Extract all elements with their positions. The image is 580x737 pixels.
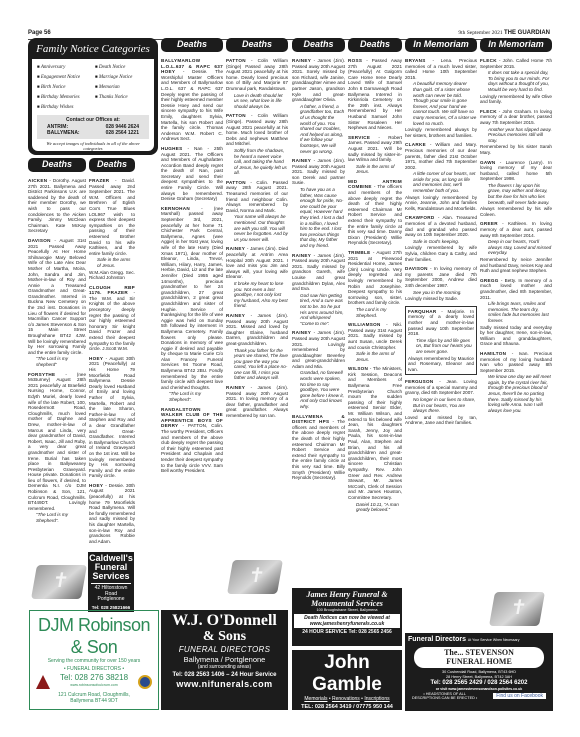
notice-name: HOEY (89, 356, 103, 361)
facebook-icon: Find us on Facebook (493, 693, 546, 700)
notice-verse: The Lord is my Shepherd. (348, 307, 402, 318)
notice-signoff: Lovingly missed by Sadie. (405, 296, 477, 302)
category-item: Anniversary (37, 63, 91, 72)
notice-entry: CRAWFORD - Alan. Treasured memories of a… (405, 215, 477, 262)
caldwells-funeral-ad: Caldwell's Funeral Services 42 Hiltonsto… (88, 552, 134, 612)
stevenson-funeral-home-ad: Funeral Directors At Your Service When N… (405, 633, 553, 711)
notice-text: - Colin William (Ginge) Passed away 28th… (226, 58, 288, 91)
bible-icon (489, 592, 545, 626)
family-notice-categories: Family Notice Categories AnniversaryDeat… (28, 38, 158, 155)
notice-signoff: Lovingly remembered by wife Olive and fa… (480, 94, 552, 105)
notice-text: - (nee McBurney) August 28th 2021 peacef… (28, 372, 86, 511)
deaths-column-4: DeathsPATTON - Colin William (Ginge) Pas… (226, 38, 288, 423)
notice-name: CLARKE (405, 142, 426, 147)
notice-text: - August 30th 2021 (Peacefully) at His H… (89, 356, 135, 478)
notice-text: - James (Jim). Passed away 20th August 2… (226, 385, 288, 418)
notice-entry: RAINEY - James (Jim). Passed away 20th A… (292, 330, 345, 409)
notice-verse: It does not take a special day, To bring… (480, 70, 552, 92)
notice-name: DAVISON (405, 266, 428, 271)
notice-entry: WILLIAMSON - Niki. Passed away 31st Augu… (348, 322, 402, 362)
notice-entry: GREER - Kathleen. In loving memory of a … (480, 221, 552, 273)
notice-verse: God saw him getting tired, And a cure wa… (292, 293, 345, 327)
notice-text: - Dorothy. August 27th 2021. Ballymena a… (28, 178, 86, 233)
bible-icon (31, 565, 87, 599)
notice-text: - Dessie. The Worshipful Master Officers… (161, 69, 223, 141)
notice-text: - Colin. Passed away 28th August 2021. T… (226, 180, 288, 213)
notice-entry: FRAZER - David. Passed away 2nd Septembe… (89, 178, 135, 281)
notice-entry: PATTON - Colin. Passed away 28th August … (226, 180, 288, 243)
notice-text: - August 31st 2021 Passed Away Peacefull… (28, 238, 86, 355)
notice-name: CRAWFORD (405, 215, 434, 220)
notice-name: PATTON (226, 113, 246, 118)
notice-entry: PATTON - Colin William (Ginge). Passed a… (226, 113, 288, 176)
notice-text: - Passed Away 27th August 2021 (Peaceful… (348, 58, 402, 130)
issue-date: 9th September 2021 THE GUARDIAN (458, 30, 550, 36)
notice-name: FERGUSON (405, 379, 433, 384)
notice-entry: GAWN - Laurence (Larry). In loving memor… (480, 160, 552, 218)
notice-entry: RAINEY - James (Jim). Passed away 20th A… (292, 253, 345, 327)
crest-icon (138, 675, 152, 689)
notice-entry: PATTON - Colin William (Ginge) Passed aw… (226, 58, 288, 109)
notice-verse: A father, a friend, a grandfather too, E… (292, 104, 345, 154)
notice-entry: HOEY - August 30th 2021 (Peacefully) at … (89, 356, 135, 479)
notice-entry: FLECK - John Graham. In loving memory of… (480, 109, 552, 156)
notice-text: - The officers and members of the above … (292, 419, 345, 480)
notice-text: - James (Jim). Passed away 20th August 2… (292, 58, 345, 102)
notice-verse: A little corner of our hearts, set aside… (405, 171, 477, 193)
notice-name: PATTON (226, 180, 246, 185)
notice-entry: RAINEY - James (Jim). Passed away 20th A… (292, 58, 345, 154)
notice-text: - Dessie. 30th August 2021 (peacefully) … (89, 483, 135, 544)
notice-entry: SERVICE - Robert James. Passed away 29th… (348, 135, 402, 175)
notice-verse: Safe in the arms of Jesus. (348, 164, 402, 175)
notice-name: WILLIAMSON (348, 322, 381, 327)
notice-signoff: Remembered by neice Jennifer and husband… (480, 257, 552, 274)
deaths-column-1: DeathsAICKEN - Dorothy. August 27th 2021… (28, 158, 86, 528)
images-accepted-note: We accept images of individuals in all o… (37, 141, 149, 152)
notice-name: BRYANS (405, 58, 426, 63)
category-item: Marriage Notice (95, 73, 149, 82)
notice-entry: CLOUGH RBP 1176. FRAZER - The W.M. and S… (89, 285, 135, 352)
notice-signoff: Sadly missed today and everyday by her d… (480, 325, 552, 347)
john-gamble-ad: John Gamble Memorials • Renovations • In… (292, 650, 402, 710)
notice-name: RAINEY (226, 385, 245, 390)
notice-entry: RAINEY - James (Jim). Passed away 20th A… (292, 158, 345, 249)
notice-entry: FORSYTHE - (nee McBurney) August 28th 20… (28, 372, 86, 524)
deaths-column-6: DeathsROSS - Passed Away 27th August 202… (348, 38, 402, 517)
notice-entry: RANDALSTOWN WALKER CLUB OF THE APPRENTIC… (161, 407, 223, 474)
notice-text: - PATTON, Colin. The worthy President, O… (161, 423, 223, 473)
notice-verse: Deep in our hearts, You'll always stay, … (480, 239, 552, 256)
notice-text: - August 27th 2021 at Pinewood Residenti… (348, 250, 402, 305)
notice-verse: We know one day we will meet again, by t… (480, 374, 552, 413)
office-ballymena: BALLYMENA:028 2564 1221 (41, 130, 145, 137)
notice-verse: It broke my heart to lose you. Not even … (226, 281, 288, 309)
notice-name: TRIMBLE (348, 250, 371, 255)
notice-verse: To have you as a father, Was cause enoug… (292, 187, 345, 249)
contact-offices: Contact our Offices at: ANTRIM:028 9446 … (37, 115, 149, 139)
notice-verse: Your name will always be mentioned. Our … (226, 214, 288, 242)
notice-name: GREER (480, 221, 498, 226)
notice-name: RAINEY (292, 253, 311, 258)
notice-signoff: W.M.Alan Gregg. Sec. Richard Johnston (89, 270, 135, 281)
notice-text: - (nee Marshall) passed away September 3… (161, 206, 223, 390)
notice-name: PATTON (226, 58, 246, 63)
notice-signoff: Loved and missed by Ian, Andrene, Jane a… (405, 415, 477, 426)
section-header: Deaths (161, 38, 223, 52)
notice-name: RAINEY (226, 246, 245, 251)
page-number: Page 56 (28, 30, 51, 36)
notice-name: FRAZER (89, 178, 109, 183)
notice-entry: BALLYMARLOW L.O.L.637 & RAPC 637 HOEY - … (161, 58, 223, 142)
notice-text: - James (Jim). Passed away 20th August 2… (292, 330, 345, 369)
notice-text: - The Ministers, Kirk Session, Deacons a… (348, 366, 402, 500)
section-header: Deaths (348, 38, 402, 52)
notice-signoff: Remembered by his sister Sarah Mary. (480, 144, 552, 155)
notice-text: - David. Passed away 2nd September 2021.… (89, 178, 135, 256)
notice-verse: Safe in God's keeping. (405, 239, 477, 245)
notice-signoff: Always remembered by Maurice and Rosemar… (408, 356, 474, 373)
notice-verse: "The Lord is my Shepherd". (161, 391, 223, 402)
djm-robinson-ad: DJM Robinson & Son Serving the community… (29, 610, 159, 710)
notice-entry: FERGUSON - Jean. Loving memories of a sp… (405, 379, 477, 426)
section-header: Deaths (226, 38, 288, 52)
deaths-column-3: DeathsBALLYMARLOW L.O.L.637 & RAPC 637 H… (161, 38, 223, 478)
deaths-column-5: DeathsRAINEY - James (Jim). Passed away … (292, 38, 345, 485)
notice-verse: Safe in the arms of Jesus. (348, 351, 402, 362)
notice-entry: FARQUHAR - Marjorie. In memory of a dear… (405, 306, 477, 376)
notice-name: WILSON (348, 366, 368, 371)
notice-name: FLECK (480, 58, 497, 63)
notice-verse: "The Lord is my shepherd" (28, 356, 86, 367)
james-henry-funeral-ad: James Henry Funeral & Monumental Service… (292, 588, 402, 646)
category-item: Thanks Notice (95, 93, 149, 102)
notice-entry: RAINEY - James (Jim). Died peacefully at… (226, 246, 288, 309)
notice-text: - Colin William (Ginge). Passed away 28t… (226, 113, 288, 146)
section-header: Deaths (292, 38, 345, 52)
notice-entry: DAVISON - August 31st 2021 Passed Away P… (28, 238, 86, 368)
memoriam-column-2: In MemoriamFLECK - John. Called Home 7th… (480, 38, 552, 417)
notice-name: RAINEY (292, 58, 311, 63)
notice-verse: Grandad, no farewell words were spoken, … (292, 370, 345, 409)
section-header: In Memoriam (480, 38, 552, 52)
category-item: Engagement Notice (37, 73, 91, 82)
notice-verse: A beautiful memory dearer than gold. Of … (405, 81, 477, 126)
notice-signoff: Always remembered by his wife Coleen. (480, 206, 552, 217)
notice-entry: ROSS - Passed Away 27th August 2021 (Pea… (348, 58, 402, 131)
notice-name: KERNOHAN (161, 206, 190, 211)
notice-entry: WILSON - The Ministers, Kirk Session, De… (348, 366, 402, 512)
notice-name: DAVISON (28, 238, 51, 243)
notice-entry: DAVISON - In loving memory of my parents… (405, 266, 477, 302)
memoriam-column-1: In MemoriamBRYANS - Lena. Precious memor… (405, 38, 477, 430)
category-item: Birthday Memories (37, 93, 91, 102)
deaths-column-2: DeathsFRAZER - David. Passed away 2nd Se… (89, 158, 135, 548)
notice-verse: Life brings tears, smiles and memories. … (480, 301, 552, 323)
notice-signoff: Lovingly remembered by wife Sylvia, chil… (405, 245, 477, 262)
notice-signoff: Lovingly remembered always by her sister… (405, 127, 477, 138)
notice-entry: TRIMBLE - August 27th 2021 at Pinewood R… (348, 250, 402, 318)
djm-logo-icon (36, 675, 50, 689)
notice-name: GREGG (480, 278, 499, 283)
notice-entry: MID ANTRIM COMBINE - The officers and me… (348, 179, 402, 246)
notice-entry: HAMILTON - Ivan. Precious memories of my… (480, 351, 552, 414)
notice-name: SERVICE (348, 135, 370, 140)
notice-verse: "The Lord is my Shepherd". (28, 512, 86, 523)
notice-entry: BALLYMENA & DISTRICT HPS - The officers … (292, 414, 345, 481)
notice-verse: Thank you father for the years we shared… (226, 348, 288, 382)
notice-verse: Love in death should let us see, what lo… (226, 93, 288, 110)
notice-entry: CLARKE - William and Mary. Precious memo… (405, 142, 477, 211)
notice-entry: BRYANS - Lena. Precious memories of a mu… (405, 58, 477, 138)
category-item: Death Notice (95, 63, 149, 72)
category-item: Birth Notice (37, 83, 91, 92)
notice-name: HAMILTON (480, 351, 506, 356)
categories-title: Family Notice Categories (32, 41, 154, 59)
notice-entry: FLECK - John. Called Home 7th September … (480, 58, 552, 105)
notice-name: ROSS (348, 58, 362, 63)
notice-name: AICKEN (28, 178, 47, 183)
notice-entry: KERNOHAN - (nee Marshall) passed away Se… (161, 206, 223, 403)
section-header: Deaths (28, 158, 86, 172)
notice-verse: Daniel 10.11, "A man greatly beloved." (348, 502, 402, 513)
categories-list: AnniversaryDeath NoticeEngagement Notice… (37, 63, 149, 112)
notice-name: HUGHES (161, 146, 182, 151)
bible-icon (227, 560, 283, 594)
section-header: In Memoriam (405, 38, 477, 52)
notice-verse: Softly from the shadows, he heard a swee… (226, 148, 288, 176)
notice-verse: Safe in the arms of Jesus. (89, 257, 135, 268)
notice-name: HOEY (89, 483, 103, 488)
section-header: Deaths (89, 158, 135, 172)
notice-verse: Time slips by and life goes on, But from… (408, 338, 474, 355)
notice-text: - James (Jim). Passed away 20th August 2… (226, 313, 288, 346)
notice-name: GAWN (480, 160, 496, 165)
notice-entry: RAINEY - James (Jim). Passed away 20th A… (226, 385, 288, 419)
notice-text: - Nan - 25th August 2021. The Officers a… (161, 146, 223, 201)
notice-entry: GREGG - Betty. In memory of a much loved… (480, 278, 552, 347)
notice-text: - James (Jim). Died peacefully at Antrim… (226, 246, 288, 279)
notice-name: FORSYTHE (28, 372, 55, 377)
notice-verse: The flowers I lay upon his grave, may wi… (480, 183, 552, 205)
notice-text: - The W.M. and Sir Knights of the above … (89, 290, 135, 351)
odonnell-funeral-ad: W.J. O'Donnell & Sons FUNERAL DIRECTORS … (161, 610, 288, 710)
notice-text: - The officers and members of the above … (348, 184, 402, 245)
category-item: Memorian (95, 83, 149, 92)
notice-verse: No longer in our lives to share, But in … (405, 397, 477, 414)
notice-name: RAINEY (292, 330, 311, 335)
notice-name: FLECK (480, 109, 497, 114)
category-item: Birthday Wishes (37, 103, 91, 112)
notice-verse: See you in the morning. (405, 290, 477, 296)
notice-text: - James (Jim). Passed away 20th August 2… (292, 253, 345, 292)
notice-name: FARQUHAR (408, 309, 436, 314)
notice-entry: RAINEY - James (Jim). Passed away 20th A… (226, 313, 288, 381)
notice-entry: AICKEN - Dorothy. August 27th 2021. Ball… (28, 178, 86, 234)
notice-name: RAINEY (226, 313, 245, 318)
notice-entry: HOEY - Dessie. 30th August 2021 (peacefu… (89, 483, 135, 545)
notice-entry: HUGHES - Nan - 25th August 2021. The Off… (161, 146, 223, 202)
notice-signoff: Always lovingly remembered by Annie, Jea… (405, 195, 477, 212)
notice-verse: Another year has slipped away. Precious … (480, 127, 552, 144)
notice-name: RAINEY (292, 158, 311, 163)
